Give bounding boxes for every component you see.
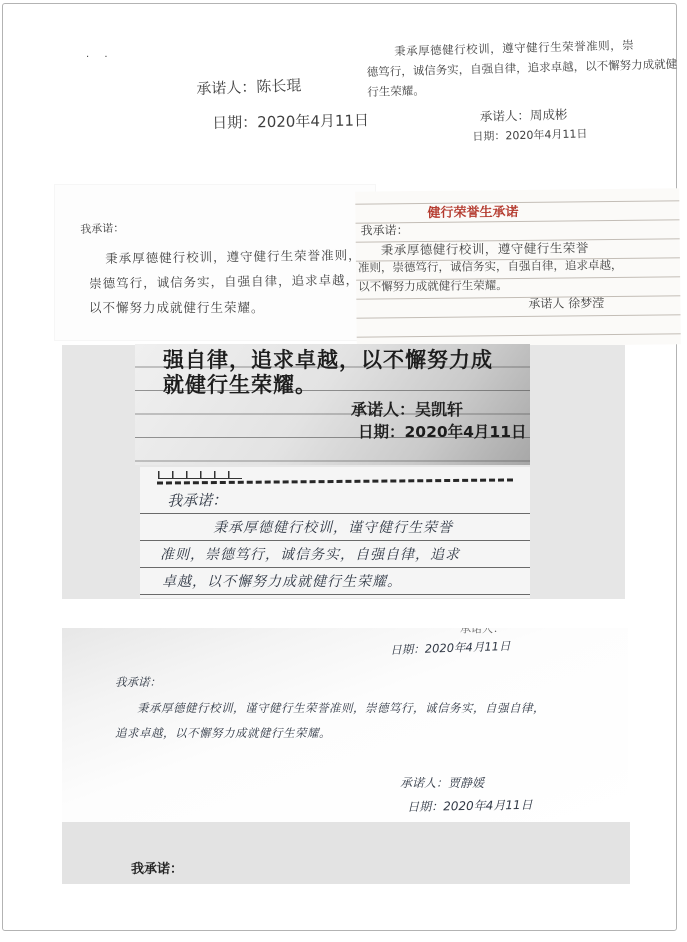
pledge-note-2: 秉承厚德健行校训，遵守健行生荣誉准则，崇 德笃行，诚信务实，自强自律，追求卓越，…	[366, 36, 685, 147]
pledge-note-6: 我承诺： 秉承厚德健行校训，谨守健行生荣誉 准则，崇德笃行，诚信务实，自强自律，…	[140, 467, 530, 598]
top-date-line: 日期：2020年4月11日	[390, 638, 511, 658]
pledge-note-3: 我承诺： 秉承厚德健行校训，遵守健行生荣誉准则， 崇德笃行，诚信务实，自强自律，…	[55, 185, 375, 340]
opening-line: 我承诺：	[167, 489, 227, 511]
pledge-note-5: 强自律，追求卓越，以不懈努力成 就健行生荣耀。 承诺人：吴凯轩 日期：2020年…	[135, 344, 530, 465]
dashed-tear-line	[157, 478, 513, 484]
pen-marks: · ·	[86, 52, 114, 63]
pledge-line: 秉承厚德健行校训，遵守健行生荣誉	[381, 238, 589, 258]
pledge-line: 准则，崇德笃行，诚信务实，自强自律，追求	[160, 544, 460, 564]
date-line: 日期：2020年4月11日	[358, 420, 527, 442]
pledge-line: 秉承厚德健行校训，遵守健行生荣誉准则，崇	[394, 36, 682, 60]
pledge-line: 崇德笃行，诚信务实，自强自律，追求卓越，	[89, 270, 359, 292]
date-line: 日期：2020年4月11日	[212, 109, 369, 133]
opening-line: 我承诺：	[115, 674, 161, 690]
pledge-line: 就健行生荣耀。	[163, 369, 317, 399]
signer-line: 承诺人：吴凯轩	[351, 397, 463, 420]
pledge-line: 卓越，以不懈努力成就健行生荣耀。	[162, 571, 402, 591]
signer-line: 承诺人：陈长琨	[196, 74, 302, 99]
pledge-line: 以不懈努力成就健行生荣耀。	[358, 277, 508, 295]
pledge-line: 秉承厚德健行校训，遵守健行生荣誉准则，	[105, 245, 362, 267]
pledge-line: 行生荣耀。	[367, 76, 683, 100]
pledge-line: 秉承厚德健行校训，谨守健行生荣誉	[213, 517, 453, 537]
note-title: 健行荣誉生承诺	[427, 201, 518, 221]
date-line: 日期：2020年4月11日	[472, 123, 684, 145]
pledge-collage-page: · · 承诺人：陈长琨 日期：2020年4月11日 秉承厚德健行校训，遵守健行生…	[0, 0, 687, 942]
opening-line: 我承诺：	[361, 221, 409, 239]
pledge-line: 以不懈努力成就健行生荣耀。	[89, 298, 265, 316]
ruler-ticks	[158, 471, 242, 479]
signer-line: 承诺人：贾静媛	[400, 774, 484, 791]
pledge-line: 秉承厚德健行校训，谨守健行生荣誉准则，崇德笃行，诚信务实，自强自律，	[137, 700, 545, 716]
opening-line: 我承诺：	[131, 858, 183, 877]
pledge-line: 追求卓越，以不懈努力成就健行生荣耀。	[115, 725, 331, 741]
pledge-note-4: 健行荣誉生承诺 我承诺： 秉承厚德健行校训，遵守健行生荣誉 准则，崇德笃行，诚信…	[355, 188, 681, 347]
date-line: 日期：2020年4月11日	[407, 796, 533, 815]
pledge-line: 准则，崇德笃行，诚信务实，自强自律，追求卓越，	[358, 257, 623, 276]
signer-line: 承诺人 徐梦滢	[528, 294, 604, 312]
partial-signer-line: 承诺人：	[460, 628, 504, 636]
pledge-note-8: 我承诺：	[62, 822, 630, 884]
signer-line: 承诺人：周成彬	[480, 102, 684, 125]
pledge-note-7: 承诺人： 日期：2020年4月11日 我承诺： 秉承厚德健行校训，谨守健行生荣誉…	[62, 628, 628, 822]
opening-line: 我承诺：	[80, 219, 125, 237]
